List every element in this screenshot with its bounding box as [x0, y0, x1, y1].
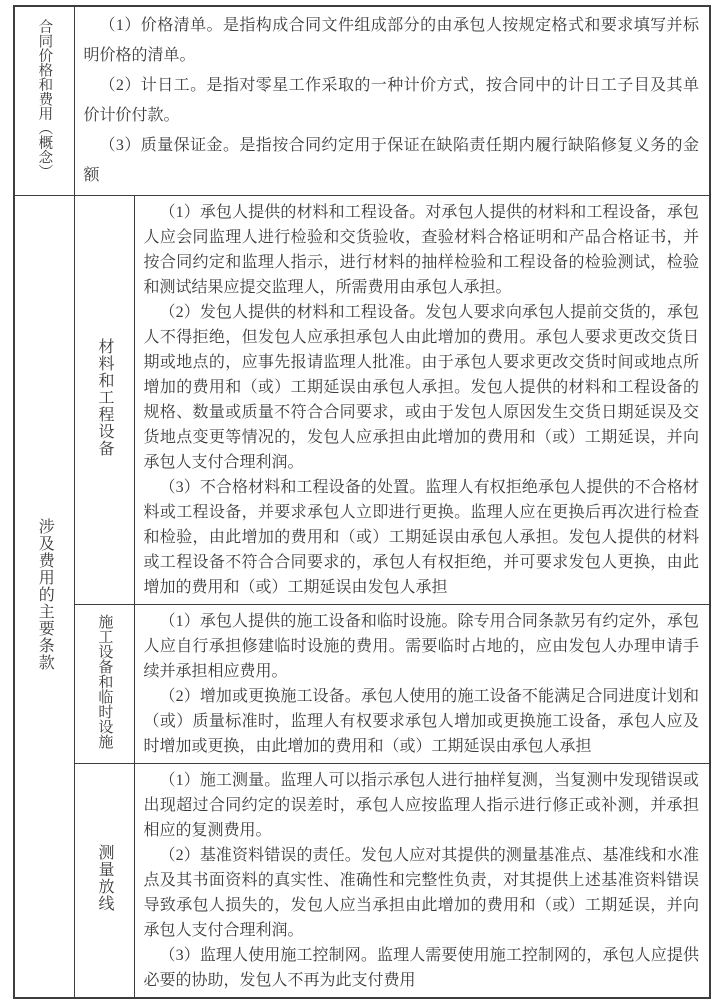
paragraph: （2）增加或更换施工设备。承包人使用的施工设备不能满足合同进度计划和（或）质量标… — [144, 684, 700, 759]
row-header-contract-price-cell: 合同价格和费用（概念） — [14, 6, 74, 196]
cell-survey-layout: （1）施工测量。监理人可以指示承包人进行抽样复测，当复测中发现错误或出现超过合同… — [134, 764, 710, 999]
table-row: 施工设备和临时设施 （1）承包人提供的施工设备和临时设施。除专用合同条款另有约定… — [14, 605, 710, 764]
table-row: 测量放线 （1）施工测量。监理人可以指示承包人进行抽样复测，当复测中发现错误或出… — [14, 764, 710, 999]
sub-header-materials-equipment: 材料和工程设备 — [94, 338, 114, 457]
paragraph: （2）基准资料错误的责任。发包人应对其提供的测量基准点、基准线和水准点及其书面资… — [144, 843, 700, 943]
paragraph: （1）承包人提供的材料和工程设备。对承包人提供的材料和工程设备，承包人应会同监理… — [144, 200, 700, 300]
contract-terms-table: 合同价格和费用（概念） （1）价格清单。是指构成合同文件组成部分的由承包人按规定… — [13, 5, 711, 999]
paragraph: （2）发包人提供的材料和工程设备。发包人要求向承包人提前交货的，承包人不得拒绝，… — [144, 300, 700, 475]
row-header-cost-clauses: 涉及费用的主要条款 — [34, 518, 54, 671]
row-header-cost-clauses-cell: 涉及费用的主要条款 — [14, 196, 74, 999]
paragraph: （3）不合格材料和工程设备的处置。监理人有权拒绝承包人提供的不合格材料或工程设备… — [144, 475, 700, 600]
sub-header-construction-equipment-cell: 施工设备和临时设施 — [74, 605, 134, 764]
document-page: 合同价格和费用（概念） （1）价格清单。是指构成合同文件组成部分的由承包人按规定… — [0, 0, 721, 975]
sub-header-survey-layout-cell: 测量放线 — [74, 764, 134, 999]
sub-header-materials-equipment-cell: 材料和工程设备 — [74, 196, 134, 605]
cell-contract-price-terms: （1）价格清单。是指构成合同文件组成部分的由承包人按规定格式和要求填写并标明价格… — [74, 6, 710, 196]
sub-header-construction-equipment: 施工设备和临时设施 — [95, 614, 114, 749]
paragraph: （3）监理人使用施工控制网。监理人需要使用施工控制网的，承包人应提供必要的协助，… — [144, 943, 700, 993]
paragraph: （2）计日工。是指对零星工作采取的一种计价方式，按合同中的计日工子目及其单价计价… — [84, 71, 700, 131]
cell-construction-equipment: （1）承包人提供的施工设备和临时设施。除专用合同条款另有约定外，承包人应自行承担… — [134, 605, 710, 764]
table-row: 涉及费用的主要条款 材料和工程设备 （1）承包人提供的材料和工程设备。对承包人提… — [14, 196, 710, 605]
sub-header-survey-layout: 测量放线 — [94, 844, 114, 912]
paragraph: （1）施工测量。监理人可以指示承包人进行抽样复测，当复测中发现错误或出现超过合同… — [144, 768, 700, 843]
table-row: 合同价格和费用（概念） （1）价格清单。是指构成合同文件组成部分的由承包人按规定… — [14, 6, 710, 196]
cell-materials-equipment: （1）承包人提供的材料和工程设备。对承包人提供的材料和工程设备，承包人应会同监理… — [134, 196, 710, 605]
row-header-contract-price: 合同价格和费用（概念） — [35, 19, 53, 179]
paragraph: （1）承包人提供的施工设备和临时设施。除专用合同条款另有约定外，承包人应自行承担… — [144, 609, 700, 684]
paragraph: （3）质量保证金。是指按合同约定用于保证在缺陷责任期内履行缺陷修复义务的金额 — [84, 131, 700, 191]
paragraph: （1）价格清单。是指构成合同文件组成部分的由承包人按规定格式和要求填写并标明价格… — [84, 11, 700, 71]
